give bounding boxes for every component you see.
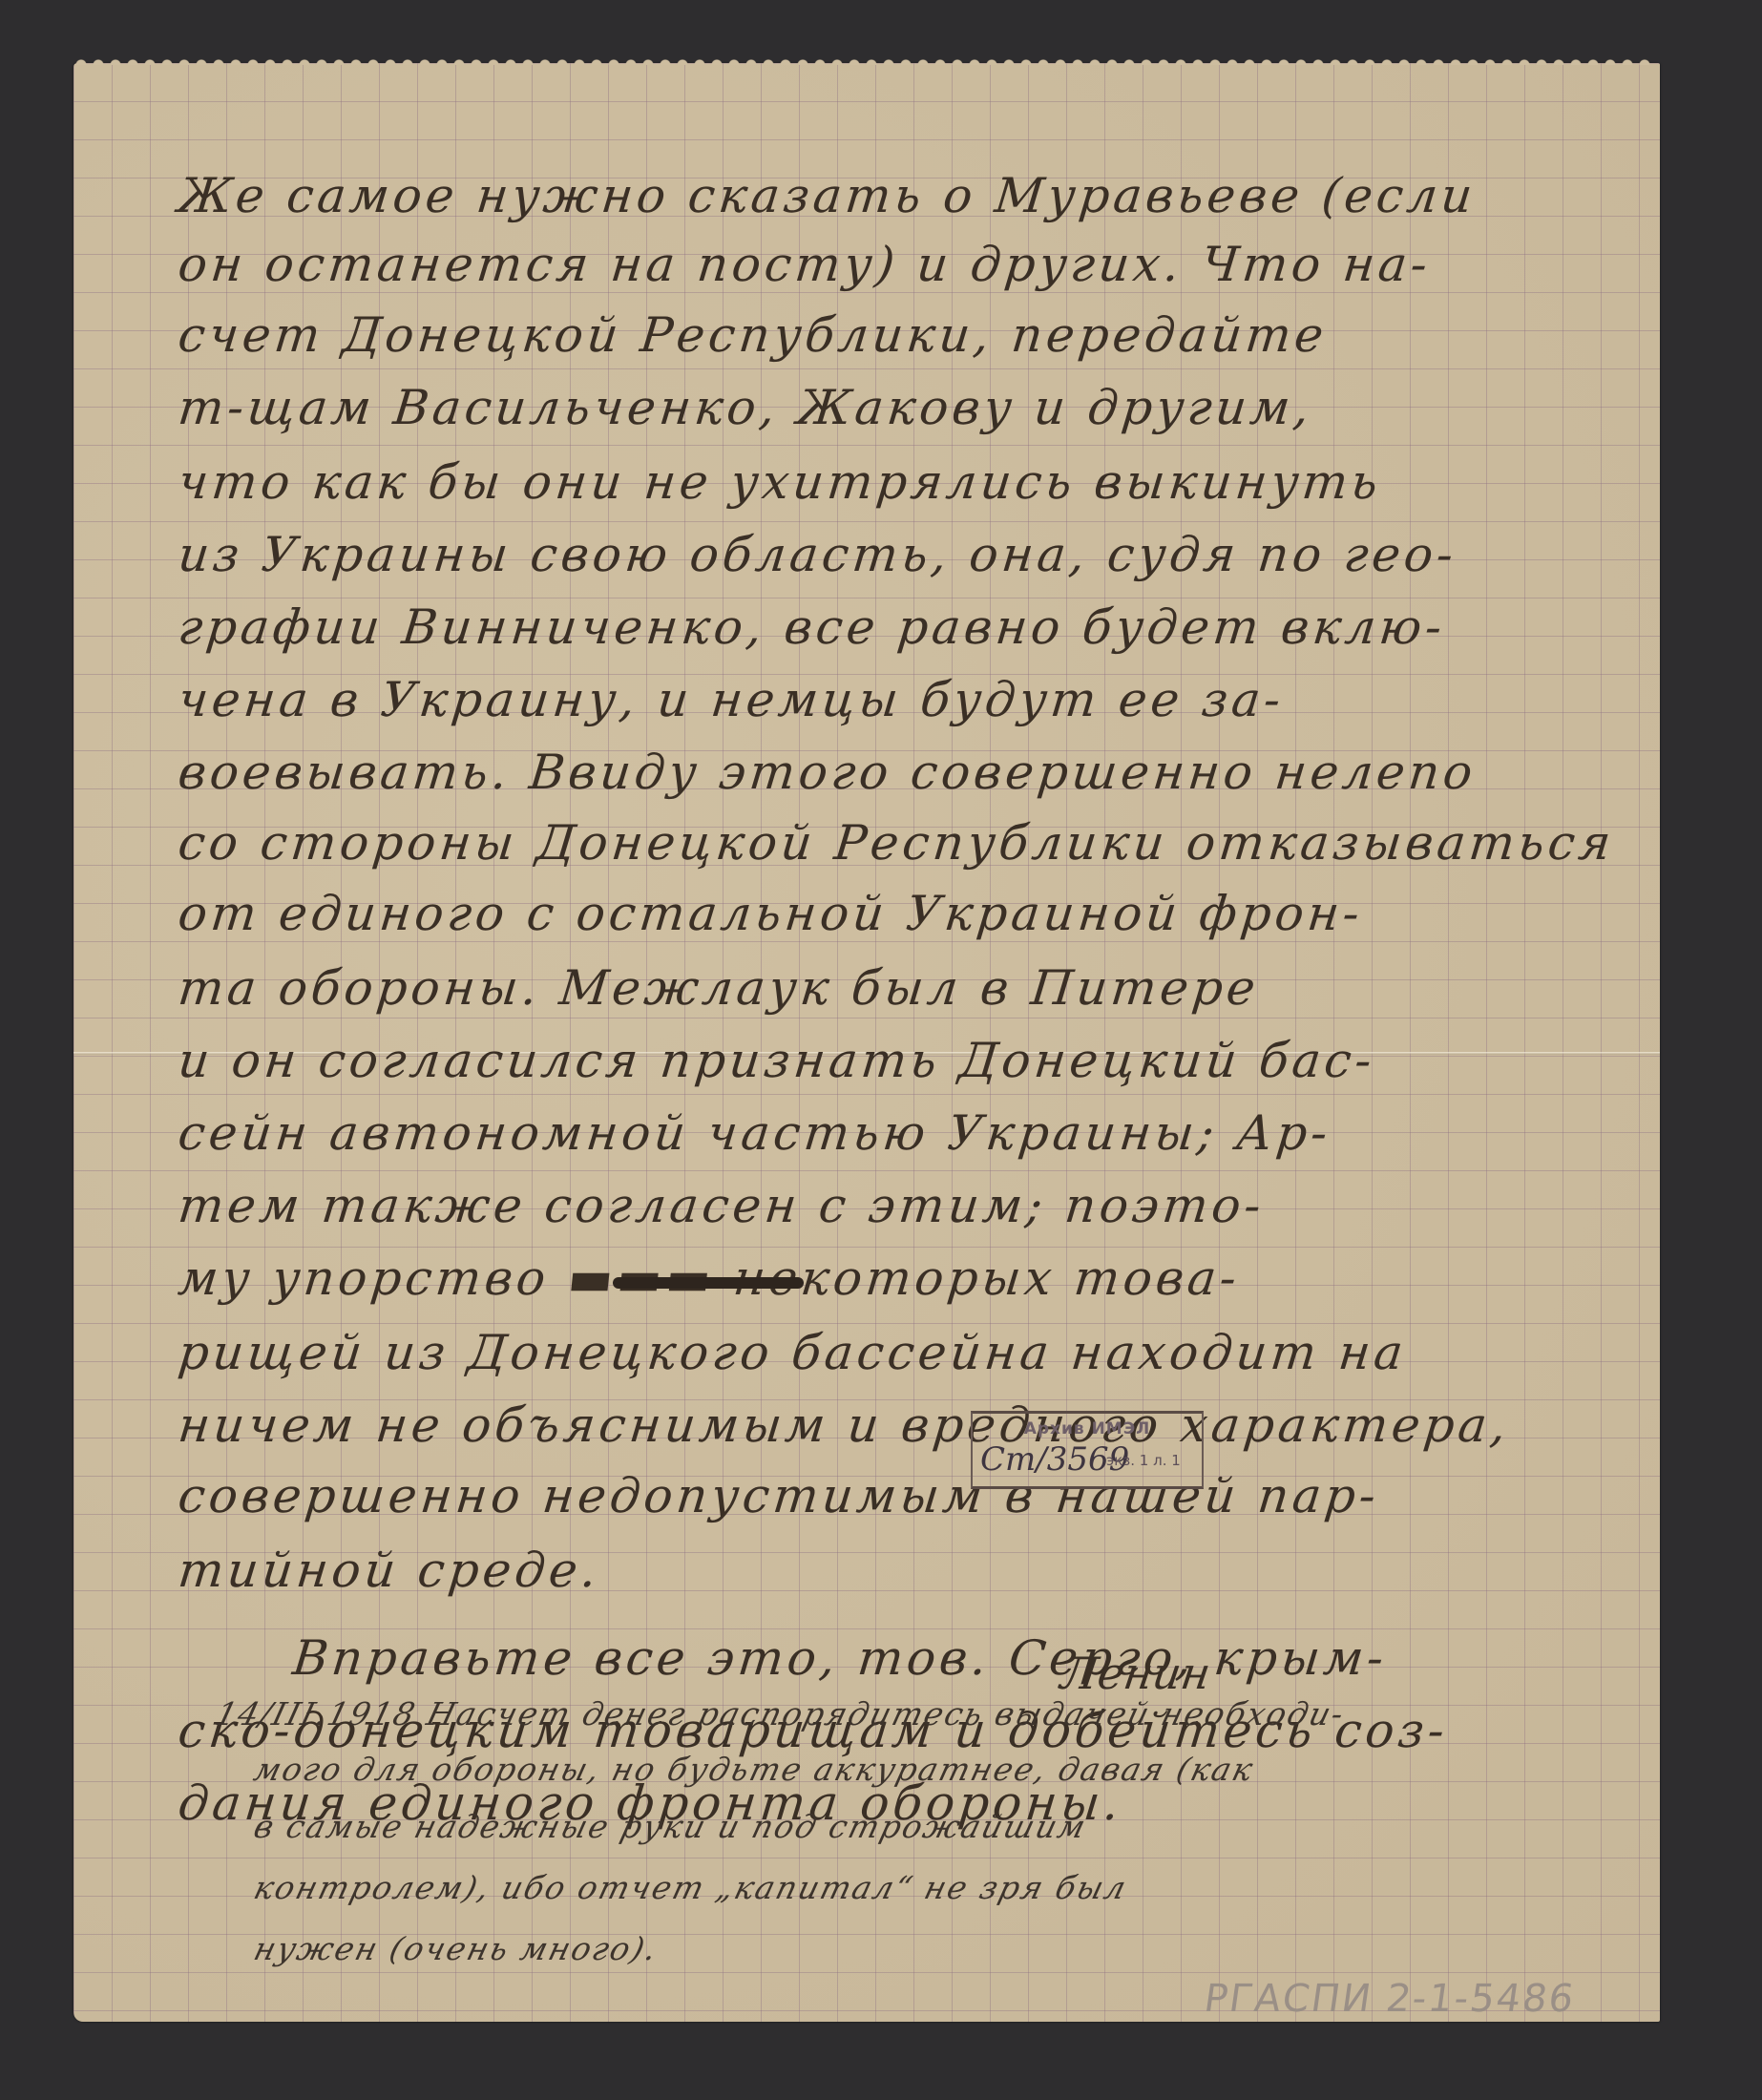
postscript-line: мого для обороны, но будьте аккуратнее, … <box>250 1751 1258 1788</box>
body-line: чена в Украину, и немцы будут ее за- <box>176 672 1287 727</box>
body-line: воевывать. Ввиду этого совершенно нелепо <box>176 745 1479 800</box>
closing-line: Вправьте все это, тов. Серго, крым- <box>290 1630 1390 1686</box>
body-line: т-щам Васильченко, Жакову и другим, <box>176 380 1315 435</box>
body-line: и он согласился признать Донецкий бас- <box>176 1033 1378 1088</box>
body-line: ничем не объяснимым и вредного характера… <box>176 1397 1513 1453</box>
body-line: графии Винниченко, все равно будет вклю- <box>176 599 1448 655</box>
body-line: тем также согласен с этим; поэто- <box>176 1178 1268 1233</box>
body-line: рищей из Донецкого бассейна находит на <box>176 1325 1410 1380</box>
body-line: сейн автономной частью Украины; Ар- <box>176 1105 1333 1161</box>
stamp-copy-sheet: экз. 1 л. 1 <box>1106 1452 1181 1469</box>
body-line: счет Донецкой Республики, передайте <box>176 307 1330 363</box>
postscript-line: 14/III.1918 Насчет денег распорядитесь в… <box>212 1695 1349 1732</box>
body-line: та обороны. Межлаук был в Питере <box>176 960 1262 1016</box>
body-line: из Украины свою область, она, судя по ге… <box>176 527 1459 582</box>
postscript-line: контролем), ибо отчет „капитал“ не зря б… <box>250 1869 1131 1906</box>
body-line: что как бы они не ухитрялись выкинуть <box>176 454 1384 510</box>
body-line: он останется на посту) и других. Что на- <box>176 237 1434 292</box>
archive-reference: РГАСПИ 2-1-5486 <box>1202 1977 1579 2021</box>
crossed-out-word <box>613 1277 804 1289</box>
body-line: со стороны Донецкой Республики отказыват… <box>176 815 1617 871</box>
stamp-title: Архив ИМЭЛ <box>973 1419 1202 1438</box>
body-line: тийной среде. <box>176 1543 603 1598</box>
body-line: Же самое нужно сказать о Муравьеве (если <box>176 168 1479 223</box>
signature: Ленин <box>1058 1648 1213 1699</box>
body-line: от единого с остальной Украиной фрон- <box>176 886 1366 941</box>
postscript-line: в самые надежные руки и под строжайшим <box>250 1808 1091 1845</box>
archive-stamp: Архив ИМЭЛ Ст/3569 экз. 1 л. 1 <box>971 1411 1204 1489</box>
postscript-line: нужен (очень много). <box>250 1930 662 1967</box>
letter-page: Же самое нужно сказать о Муравьеве (если… <box>73 63 1660 2022</box>
